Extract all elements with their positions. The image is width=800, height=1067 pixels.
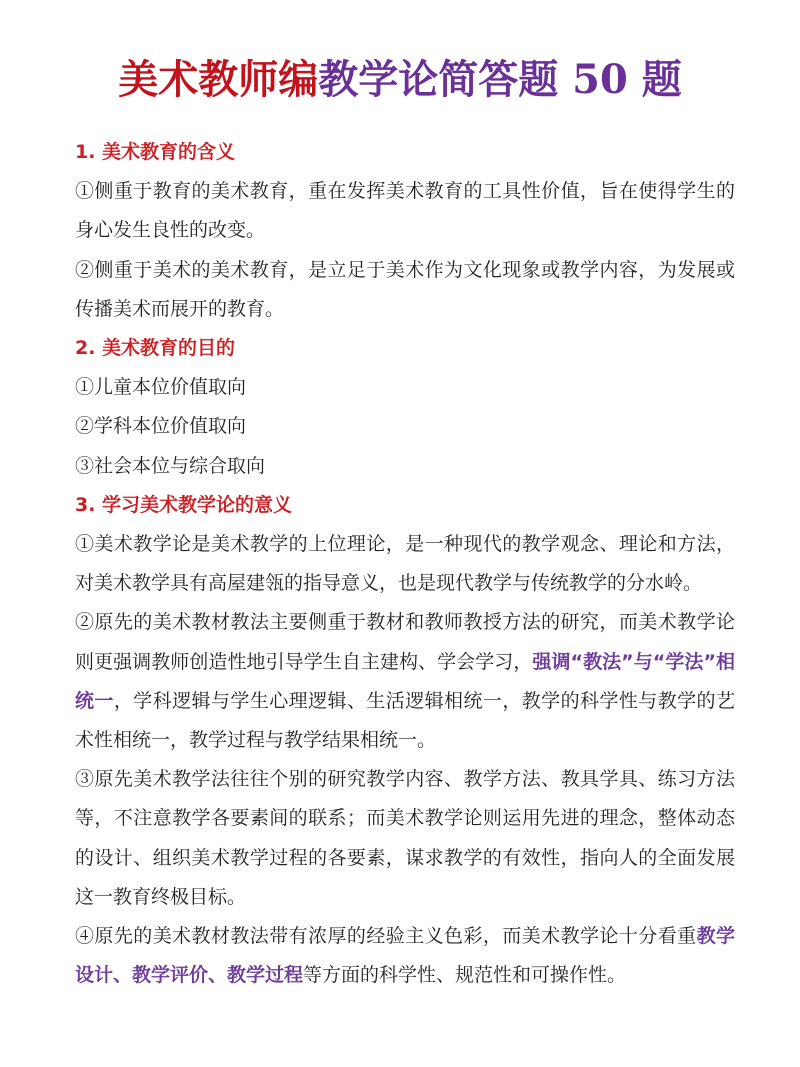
title-purple-part: 教学论简答题 50 题: [318, 56, 682, 103]
section-2: 2. 美术教育的目的 ①儿童本位价值取向 ②学科本位价值取向 ③社会本位与综合取…: [75, 329, 735, 486]
section-heading: 3. 学习美术教学论的意义: [75, 486, 735, 525]
section-1: 1. 美术教育的含义 ①侧重于教育的美术教育，重在发挥美术教育的工具性价值，旨在…: [75, 133, 735, 329]
list-item: ②侧重于美术的美术教育，是立足于美术作为文化现象或教学内容，为发展或传播美术而展…: [75, 251, 735, 329]
page-title: 美术教师编教学论简答题 50 题: [0, 52, 800, 108]
section-3: 3. 学习美术教学论的意义 ①美术教学论是美术教学的上位理论，是一种现代的教学观…: [75, 486, 735, 996]
section-heading: 1. 美术教育的含义: [75, 133, 735, 172]
list-item: ②学科本位价值取向: [75, 407, 735, 446]
list-item: ④原先的美术教材教法带有浓厚的经验主义色彩，而美术教学论十分看重教学设计、教学评…: [75, 917, 735, 995]
list-item: ③社会本位与综合取向: [75, 447, 735, 486]
list-item: ①侧重于教育的美术教育，重在发挥美术教育的工具性价值，旨在使得学生的身心发生良性…: [75, 172, 735, 250]
item-text: ④原先的美术教材教法带有浓厚的经验主义色彩，而美术教学论十分看重: [75, 925, 697, 947]
list-item: ③原先美术教学法往往个别的研究教学内容、教学方法、教具学具、练习方法等，不注意教…: [75, 760, 735, 917]
list-item: ①美术教学论是美术教学的上位理论，是一种现代的教学观念、理论和方法，对美术教学具…: [75, 525, 735, 603]
title-red-part: 美术教师编: [118, 56, 318, 103]
list-item: ①儿童本位价值取向: [75, 368, 735, 407]
list-item: ②原先的美术教材教法主要侧重于教材和教师教授方法的研究，而美术教学论则更强调教师…: [75, 603, 735, 760]
item-text: ，学科逻辑与学生心理逻辑、生活逻辑相统一，教学的科学性与教学的艺术性相统一，教学…: [75, 690, 735, 751]
item-text: 等方面的科学性、规范性和可操作性。: [303, 964, 626, 986]
content-body: 1. 美术教育的含义 ①侧重于教育的美术教育，重在发挥美术教育的工具性价值，旨在…: [75, 133, 735, 995]
section-heading: 2. 美术教育的目的: [75, 329, 735, 368]
document-page: 美术教师编教学论简答题 50 题 1. 美术教育的含义 ①侧重于教育的美术教育，…: [0, 0, 800, 1067]
